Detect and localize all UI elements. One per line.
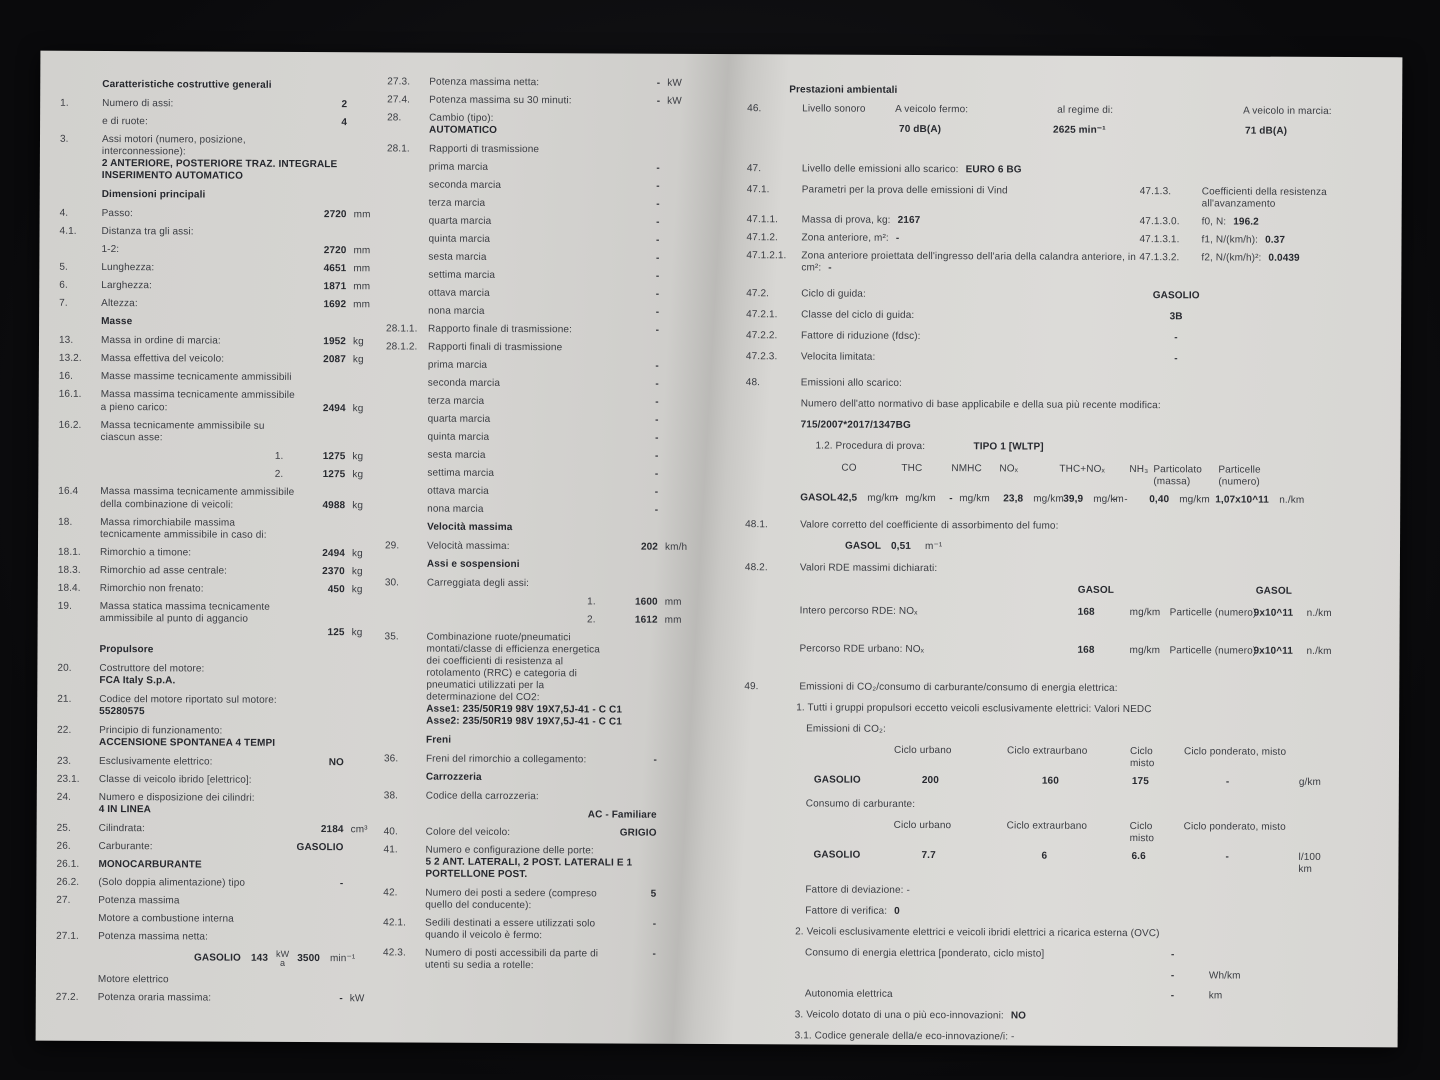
sub-value-row: 2.1275kg bbox=[58, 468, 390, 482]
field-value: - bbox=[614, 162, 660, 174]
fuel-label: GASOLIO bbox=[814, 774, 861, 786]
field-row: 38.Codice della carrozzeria: bbox=[384, 790, 702, 804]
field-value: 2 bbox=[301, 99, 347, 111]
field-label-bold: MONOCARBURANTE bbox=[98, 859, 297, 872]
field-unit: mm bbox=[346, 299, 391, 311]
rpm-value: 3500 bbox=[297, 953, 320, 965]
field-number: 4.1. bbox=[60, 226, 102, 238]
field-row: 25.Cilindrata:2184cm³ bbox=[57, 823, 389, 837]
field-label: Motore elettrico bbox=[98, 974, 297, 987]
table-cell: mg/km bbox=[1179, 494, 1210, 506]
field-label: Particelle (numero) bbox=[1169, 645, 1256, 657]
field-label: Classe di veicolo ibrido [elettrico]: bbox=[99, 774, 298, 787]
field-row: 27.4.Potenza massima su 30 minuti:-kW bbox=[387, 94, 705, 108]
cycle-table-header: Ciclo urbanoCiclo extraurbanoCiclo misto… bbox=[744, 744, 1392, 773]
field-row: 29.Velocità massima:202km/h bbox=[385, 540, 703, 554]
field-number: 18.3. bbox=[58, 565, 100, 577]
field-number: 26.1. bbox=[56, 859, 98, 871]
field-row: 23.Esclusivamente elettrico:NO bbox=[57, 756, 389, 770]
field-label: 1-2: bbox=[101, 244, 300, 257]
field-label: Freni del rimorchio a collegamento: bbox=[426, 754, 611, 767]
text: 3.1. Codice generale della/e eco-innovaz… bbox=[795, 1030, 1015, 1042]
column-header: NH₃ bbox=[1129, 464, 1148, 476]
column-header: Ciclo extraurbano bbox=[1007, 820, 1087, 832]
field-label: Numero e disposizione dei cilindri: bbox=[99, 792, 298, 805]
column-header: Ciclo urbano bbox=[894, 820, 952, 832]
field-number: 40. bbox=[384, 826, 426, 838]
field-value: 1692 bbox=[300, 299, 346, 311]
field-row: 18.Massa rimorchiabile massima tecnicame… bbox=[58, 517, 390, 543]
field-unit: mg/km bbox=[1130, 607, 1161, 619]
field-value: 2720 bbox=[300, 245, 346, 257]
electric-row: Autonomia elettrica-km bbox=[743, 988, 1391, 1003]
field-label: Cambio (tipo): bbox=[429, 113, 614, 126]
field-value: TIPO 1 [WLTP] bbox=[973, 441, 1043, 453]
field-number: 47.2.3. bbox=[746, 351, 777, 363]
field-row: 49.Emissioni di CO₂/consumo di carburant… bbox=[744, 681, 1392, 696]
fuel-label: GASOLIO bbox=[813, 849, 860, 861]
bold-text-line: 5 2 ANT. LATERALI, 2 POST. LATERALI E 1 … bbox=[425, 857, 701, 882]
field-value: 9x10^11 bbox=[1254, 608, 1294, 620]
field-label: Zona anteriore proiettata dell'ingresso … bbox=[801, 250, 1136, 273]
field-row: 48.2.Valori RDE massimi dichiarati: bbox=[745, 562, 1393, 577]
field-unit: mm bbox=[346, 281, 391, 293]
field-value: - bbox=[612, 450, 658, 462]
field-number: 22. bbox=[57, 725, 99, 737]
field-label: Rimorchio a timone: bbox=[100, 547, 299, 560]
table-cell: 175 bbox=[1132, 776, 1149, 788]
text-line: 2. Veicoli esclusivamente elettrici e ve… bbox=[743, 926, 1391, 941]
table-cell: 42,5 bbox=[837, 493, 857, 505]
sub-value-row: 1.1275kg bbox=[58, 450, 390, 464]
field-value: - bbox=[297, 878, 343, 890]
field-number: 16.1. bbox=[59, 389, 101, 401]
field-number: 47.1.1. bbox=[747, 214, 778, 226]
table-cell: 1,07x10^11 bbox=[1215, 494, 1269, 506]
sound-value: 71 dB(A) bbox=[1245, 126, 1287, 138]
field-value: - bbox=[611, 754, 657, 766]
table-cell: GASOL bbox=[800, 492, 836, 504]
field-row: 47.2.2.Fattore di riduzione (fdsc):- bbox=[746, 330, 1394, 345]
field-value: - bbox=[613, 270, 659, 282]
sub-index: 2. bbox=[587, 614, 596, 626]
text: Fattore di deviazione: - bbox=[805, 884, 910, 896]
column-header: NMHC bbox=[951, 463, 982, 475]
field-value: GRIGIO bbox=[611, 827, 657, 839]
sound-level-block: 46.Livello sonoroA veicolo fermo:70 dB(A… bbox=[747, 103, 1395, 152]
text: Numero dell'atto normativo di base appli… bbox=[801, 398, 1161, 411]
left-cell: 47.1.Parametri per la prova delle emissi… bbox=[747, 184, 1140, 210]
field-value: AC - Familiare bbox=[588, 809, 657, 821]
section-header: Assi e sospensioni bbox=[427, 559, 703, 572]
field-value: 2370 bbox=[299, 566, 345, 578]
field-label: Classe del ciclo di guida: bbox=[801, 309, 914, 321]
field-value: 168 bbox=[1078, 607, 1095, 619]
sound-value: 2625 min⁻¹ bbox=[1053, 125, 1106, 137]
section-header: Prestazioni ambientali bbox=[789, 84, 1395, 99]
cycle-table-row: GASOLIO7.766.6-l/100 km bbox=[743, 849, 1391, 878]
column-header: Particelle (numero) bbox=[1218, 464, 1280, 488]
field-number: 6. bbox=[59, 280, 101, 292]
field-row: 16.Masse massime tecnicamente ammissibil… bbox=[59, 371, 391, 385]
field-label: della combinazione di veicoli: bbox=[100, 499, 299, 512]
field-label: terza marcia bbox=[428, 396, 613, 409]
field-label: Masse massime tecnicamente ammissibili bbox=[101, 371, 300, 384]
field-label: sesta marcia bbox=[427, 450, 612, 463]
field-number: 42.3. bbox=[383, 947, 425, 959]
field-value: 2167 bbox=[898, 215, 921, 226]
field-number: 41. bbox=[383, 844, 425, 856]
field-number: 47.2. bbox=[746, 288, 769, 300]
text-line: Fattore di deviazione: - bbox=[743, 884, 1391, 899]
field-unit: kg bbox=[345, 469, 390, 481]
field-number: 47.1.2.1. bbox=[746, 250, 786, 262]
rde-row: Intero percorso RDE: NOₓ168mg/kmParticel… bbox=[745, 605, 1393, 620]
table-cell: mg/km bbox=[905, 493, 936, 505]
field-row: 47.2.3.Velocita limitata:- bbox=[746, 351, 1394, 366]
field-label: prima marcia bbox=[428, 360, 613, 373]
table-cell: mg/km bbox=[867, 493, 898, 505]
power-unit: kWa bbox=[276, 950, 289, 968]
field-value: 1612 bbox=[612, 614, 658, 626]
field-number: 20. bbox=[57, 663, 99, 675]
field-row: 1-2:2720mm bbox=[59, 244, 391, 258]
text: Emissioni di CO₂: bbox=[806, 723, 886, 734]
field-label: ottava marcia bbox=[427, 486, 612, 499]
field-label: Carburante: bbox=[99, 841, 297, 854]
field-unit: kg bbox=[345, 627, 390, 639]
field-number: 18.1. bbox=[58, 547, 100, 559]
field-row: a pieno carico:2494kg bbox=[59, 402, 391, 416]
right-cell: 47.1.3.1.f1, N/(km/h):0.37 bbox=[1139, 234, 1394, 247]
field-label: Massa effettiva del veicolo: bbox=[101, 353, 300, 366]
text-line: Consumo di carburante: bbox=[744, 798, 1392, 813]
field-number: 5. bbox=[59, 262, 101, 274]
field-label: Sedili destinati a essere utilizzati sol… bbox=[425, 918, 610, 943]
field-label: Altezza: bbox=[101, 298, 300, 311]
bold-text-line: 55280575 bbox=[99, 706, 389, 719]
table-cell: - bbox=[1226, 776, 1230, 788]
field-value: - bbox=[613, 360, 659, 372]
field-value: - bbox=[614, 77, 660, 89]
field-label: Massa in ordine di marcia: bbox=[101, 335, 300, 348]
table-cell: - bbox=[1124, 494, 1128, 506]
field-label: Distanza tra gli assi: bbox=[102, 226, 301, 239]
field-value: 2087 bbox=[300, 354, 346, 366]
field-row: ottava marcia- bbox=[385, 485, 703, 499]
field-number: 1. bbox=[60, 98, 102, 110]
field-label: Cilindrata: bbox=[99, 823, 298, 836]
field-label: Rapporto finale di trasmissione: bbox=[428, 324, 613, 337]
field-row: sesta marcia- bbox=[385, 449, 703, 463]
table-cell: mg/km bbox=[1093, 494, 1124, 506]
field-label: Valore corretto del coefficiente di asso… bbox=[800, 519, 1058, 531]
right-cell: 47.1.3.Coefficienti della resistenza all… bbox=[1140, 186, 1395, 211]
field-row: 26.2.(Solo doppia alimentazione) tipo- bbox=[56, 877, 388, 891]
two-column-row: 47.1.1.Massa di prova, kg:216747.1.3.0.f… bbox=[747, 214, 1395, 229]
field-label: Carreggiata degli assi: bbox=[427, 578, 612, 591]
field-number: 47.1.3. bbox=[1140, 186, 1198, 198]
field-value: - bbox=[614, 95, 660, 107]
field-label: Larghezza: bbox=[101, 280, 300, 293]
field-row: 27.2.Potenza oraria massima:-kW bbox=[56, 992, 388, 1006]
field-unit: Wh/km bbox=[1209, 970, 1241, 982]
field-label: f1, N/(km/h): bbox=[1201, 234, 1258, 245]
field-number: 19. bbox=[58, 601, 100, 613]
field-value: 1952 bbox=[300, 336, 346, 348]
field-label: quarta marcia bbox=[429, 216, 614, 229]
field-unit: mm bbox=[347, 209, 392, 221]
table-cell: GASOL bbox=[1256, 586, 1292, 598]
field-value: 4 bbox=[301, 117, 347, 129]
field-label: quinta marcia bbox=[428, 432, 613, 445]
text-line: Numero dell'atto normativo di base appli… bbox=[746, 398, 1394, 413]
field-value: - bbox=[1171, 990, 1175, 1002]
field-value: - bbox=[614, 180, 660, 192]
field-value: - bbox=[613, 432, 659, 444]
section-header: Masse bbox=[101, 316, 391, 329]
document-photo: Caratteristiche costruttive generali1.Nu… bbox=[0, 0, 1440, 1080]
field-row: ottava marcia- bbox=[386, 287, 704, 301]
field-row: seconda marcia- bbox=[386, 377, 704, 391]
two-column-row: 47.1.Parametri per la prova delle emissi… bbox=[747, 184, 1395, 211]
table-cell: mg/km bbox=[1033, 494, 1064, 506]
field-row: settima marcia- bbox=[385, 467, 703, 481]
field-number: 36. bbox=[384, 753, 426, 765]
table-cell: 7.7 bbox=[921, 850, 935, 862]
field-row: sesta marcia- bbox=[386, 251, 704, 265]
field-value: - bbox=[613, 396, 659, 408]
field-row: 19.Massa statica massima tecnicamente am… bbox=[58, 601, 390, 627]
field-row: 27.Potenza massima bbox=[56, 895, 388, 909]
field-label: prima marcia bbox=[429, 162, 614, 175]
right-cell: 47.1.3.2.f2, N/(km/h)²:0.0439 bbox=[1139, 252, 1394, 277]
field-label: (Solo doppia alimentazione) tipo bbox=[98, 877, 297, 890]
procedure-row: 1.2. Procedura di prova:TIPO 1 [WLTP] bbox=[745, 440, 1393, 455]
field-number: 18.4. bbox=[58, 583, 100, 595]
two-column-row: 47.1.2.1.Zona anteriore proiettata dell'… bbox=[746, 250, 1394, 277]
field-label: Codice della carrozzeria: bbox=[426, 791, 611, 804]
section-header: Propulsore bbox=[99, 644, 389, 657]
field-label: Rapporti di trasmissione bbox=[429, 144, 614, 157]
bold-text-line: Asse2: 235/50R19 98V 19X7,5J-41 - C C1 bbox=[426, 716, 702, 729]
field-label: Numero di posti accessibili da parte di … bbox=[425, 948, 610, 973]
table-cell: - bbox=[1225, 851, 1229, 863]
column-header: Particolato (massa) bbox=[1153, 464, 1211, 488]
sound-condition-label: al regime di: bbox=[1057, 105, 1113, 117]
field-number: 13.2. bbox=[59, 353, 101, 365]
field-value: - bbox=[828, 263, 832, 274]
field-value: - bbox=[612, 504, 658, 516]
field-row: Motore a combustione interna bbox=[56, 913, 388, 927]
field-row: 13.Massa in ordine di marcia:1952kg bbox=[59, 335, 391, 349]
sub-value-row: 1.1600mm bbox=[385, 595, 703, 609]
field-number: 4. bbox=[60, 208, 102, 220]
left-cell: 47.1.1.Massa di prova, kg:2167 bbox=[747, 214, 1140, 228]
field-row: 36.Freni del rimorchio a collegamento:- bbox=[384, 753, 702, 767]
field-number: 16.2. bbox=[59, 420, 101, 432]
field-label: Autonomia elettrica bbox=[805, 988, 893, 999]
table-cell: 23,8 bbox=[1003, 493, 1023, 505]
table-cell: 160 bbox=[1042, 776, 1059, 788]
field-value: 9x10^11 bbox=[1253, 646, 1293, 658]
field-label: Massa rimorchiabile massima tecnicamente… bbox=[100, 517, 299, 542]
field-label: a pieno carico: bbox=[101, 402, 300, 415]
field-number: 26. bbox=[57, 841, 99, 853]
field-number: 3. bbox=[60, 134, 102, 146]
field-number: 38. bbox=[384, 790, 426, 802]
field-unit: mm bbox=[346, 245, 391, 257]
field-value: 168 bbox=[1077, 645, 1094, 657]
table-cell: 39,9 bbox=[1063, 494, 1083, 506]
field-row: 27.3.Potenza massima netta:-kW bbox=[387, 76, 705, 90]
field-value: - bbox=[610, 918, 656, 930]
field-row: prima marcia- bbox=[386, 359, 704, 373]
bold-text-line: FCA Italy S.p.A. bbox=[99, 675, 389, 688]
field-unit: kW bbox=[660, 78, 705, 90]
field-number: 30. bbox=[385, 577, 427, 589]
field-label: Numero di assi: bbox=[102, 98, 301, 111]
field-number: 42.1. bbox=[383, 917, 425, 929]
field-label: Potenza massima netta: bbox=[98, 931, 297, 944]
field-label: quarta marcia bbox=[428, 414, 613, 427]
section-header: Dimensioni principali bbox=[102, 189, 392, 202]
field-value: - bbox=[1134, 353, 1218, 365]
emissions-table-row: GASOL42,5mg/km-mg/km-mg/km23,8mg/km39,9m… bbox=[745, 492, 1393, 508]
field-unit: n./km bbox=[1306, 646, 1331, 658]
field-value: - bbox=[896, 233, 900, 244]
field-number: 26.2. bbox=[56, 877, 98, 889]
bold-text-line: 2 ANTERIORE, POSTERIORE TRAZ. INTEGRALE … bbox=[102, 158, 392, 183]
table-cell: - bbox=[895, 493, 899, 505]
text: 3. Veicolo dotato di una o più eco-innov… bbox=[795, 1009, 1004, 1021]
emissions-table-row: GASOL0,51m⁻¹ bbox=[745, 540, 1393, 556]
field-row: terza marcia- bbox=[387, 197, 705, 211]
bold-text-line: AUTOMATICO bbox=[429, 125, 705, 138]
field-row: quarta marcia- bbox=[387, 215, 705, 229]
field-label: settima marcia bbox=[427, 468, 612, 481]
field-row: 23.1.Classe di veicolo ibrido [elettrico… bbox=[57, 774, 389, 788]
field-label: Massa massima tecnicamente ammissibile bbox=[101, 389, 300, 402]
field-label: e di ruote: bbox=[102, 116, 301, 129]
field-row: 40.Colore del veicolo:GRIGIO bbox=[384, 826, 702, 840]
field-value: 5 bbox=[610, 888, 656, 900]
field-value: 2494 bbox=[299, 548, 345, 560]
page-right: Prestazioni ambientali46.Livello sonoroA… bbox=[701, 54, 1403, 1047]
rpm-unit: min⁻¹ bbox=[330, 953, 355, 965]
field-label: Lunghezza: bbox=[101, 262, 300, 275]
section-header: Velocità massima bbox=[427, 522, 703, 535]
field-row: 28.1.Rapporti di trasmissione bbox=[387, 143, 705, 157]
field-number: 23.1. bbox=[57, 774, 99, 786]
field-label: Numero e configurazione delle porte: bbox=[425, 845, 610, 858]
field-row: terza marcia- bbox=[386, 395, 704, 409]
field-row: quinta marcia- bbox=[386, 233, 704, 247]
field-row: e di ruote:4 bbox=[60, 116, 392, 130]
field-label: Emissioni allo scarico: bbox=[801, 377, 902, 388]
field-label: 1.2. Procedura di prova: bbox=[815, 440, 925, 452]
field-number: 27.3. bbox=[387, 76, 429, 88]
field-number: 21. bbox=[57, 694, 99, 706]
field-value: - bbox=[1171, 970, 1175, 982]
field-value: - bbox=[613, 306, 659, 318]
field-unit: cm³ bbox=[344, 824, 389, 836]
field-value: 4651 bbox=[300, 263, 346, 275]
field-unit: kg bbox=[346, 403, 391, 415]
field-row: 4.1.Distanza tra gli assi: bbox=[60, 226, 392, 240]
sub-index: 1. bbox=[587, 596, 596, 608]
field-label: Colore del veicolo: bbox=[426, 827, 611, 840]
field-label: settima marcia bbox=[428, 270, 613, 283]
field-label bbox=[426, 817, 588, 818]
page-right-content: Prestazioni ambientali46.Livello sonoroA… bbox=[743, 80, 1396, 1054]
field-number: 23. bbox=[57, 756, 99, 768]
table-cell: mg/km bbox=[959, 493, 990, 505]
text-line: Emissioni di CO₂: bbox=[744, 723, 1392, 738]
field-unit: km/h bbox=[658, 542, 703, 554]
field-number: 27.1. bbox=[56, 931, 98, 943]
field-number: 16.4 bbox=[58, 486, 100, 498]
field-row: 18.1.Rimorchio a timone:2494kg bbox=[58, 547, 390, 561]
field-label: Livello sonoro bbox=[802, 103, 865, 115]
field-value: - bbox=[613, 252, 659, 264]
field-value: GASOLIO bbox=[1134, 290, 1218, 302]
field-label: Zona anteriore, m²: bbox=[801, 232, 888, 243]
field-number: 47.2.1. bbox=[746, 309, 777, 321]
field-row: 47.2.1.Classe del ciclo di guida:3B bbox=[746, 309, 1394, 324]
field-value: - bbox=[614, 216, 660, 228]
field-unit: mg/km bbox=[1129, 645, 1160, 657]
field-row: Motore elettrico bbox=[56, 974, 388, 988]
field-value: EURO 6 BG bbox=[966, 164, 1022, 175]
sound-condition-label: A veicolo in marcia: bbox=[1243, 106, 1332, 118]
table-cell: m⁻¹ bbox=[925, 541, 942, 553]
field-number: 7. bbox=[59, 298, 101, 310]
rde-row: Percorso RDE urbano: NOₓ168mg/kmParticel… bbox=[744, 643, 1392, 658]
page-left-column-b: 27.3.Potenza massima netta:-kW27.4.Poten… bbox=[383, 76, 705, 979]
field-value: - bbox=[613, 288, 659, 300]
field-label: Assi motori (numero, posizione, intercon… bbox=[102, 134, 301, 159]
column-header: THC bbox=[901, 463, 922, 475]
field-label: Parametri per la prova delle emissioni d… bbox=[802, 184, 1008, 196]
field-value: 2184 bbox=[298, 824, 344, 836]
field-number: 42. bbox=[383, 887, 425, 899]
field-number: 47.1. bbox=[747, 184, 770, 196]
field-row: 27.1.Potenza massima netta: bbox=[56, 931, 388, 945]
field-unit: kg bbox=[345, 566, 390, 578]
bold-text-line: ACCENSIONE SPONTANEA 4 TEMPI bbox=[99, 737, 389, 750]
field-unit: km bbox=[1209, 990, 1223, 1002]
text: 1. Tutti i gruppi propulsori eccetto vei… bbox=[796, 702, 1151, 715]
field-label: quinta marcia bbox=[428, 234, 613, 247]
column-header: NOₓ bbox=[999, 463, 1018, 475]
field-number: 47. bbox=[747, 163, 761, 175]
field-value: - bbox=[1134, 332, 1218, 344]
page-left-column-a: Caratteristiche costruttive generali1.Nu… bbox=[56, 75, 393, 1012]
field-row: 6.Larghezza:1871mm bbox=[59, 280, 391, 294]
field-row: 18.3.Rimorchio ad asse centrale:2370kg bbox=[58, 565, 390, 579]
field-value: NO bbox=[1011, 1010, 1026, 1021]
text: Consumo di carburante: bbox=[806, 798, 915, 810]
field-row: 26.Carburante:GASOLIO bbox=[57, 841, 389, 855]
sub-index: 2. bbox=[275, 469, 284, 481]
field-label: terza marcia bbox=[429, 198, 614, 211]
field-value: 1275 bbox=[299, 469, 345, 481]
field-row: 48.Emissioni allo scarico: bbox=[746, 377, 1394, 392]
field-row: quinta marcia- bbox=[386, 431, 704, 445]
field-value: - bbox=[613, 414, 659, 426]
field-number: 28.1.1. bbox=[386, 323, 428, 335]
